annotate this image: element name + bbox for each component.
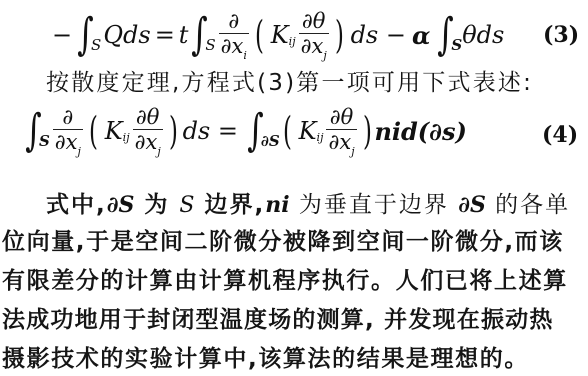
- partial-derivative-xi: ∂ ∂xi: [219, 9, 249, 62]
- partial-theta-xj: ∂θ ∂xj: [326, 105, 356, 158]
- index-j: j: [77, 145, 80, 158]
- index-j: j: [351, 145, 354, 158]
- numerator: ∂: [60, 105, 75, 129]
- integral-domain: S: [205, 36, 215, 54]
- paragraph-line-1: 式中,∂S 为 S 边界,ni 为垂直于边界 ∂S 的各单: [46, 186, 570, 219]
- paragraph-line-4: 法成功地用于封闭型温度场的测算, 并发现在振动热: [2, 301, 554, 334]
- partial-derivative-xj: ∂ ∂xj: [53, 105, 83, 158]
- right-paren: ): [335, 13, 344, 57]
- integral-domain: S: [39, 132, 50, 150]
- equals-sign: =: [155, 21, 175, 49]
- denominator: ∂xi: [219, 33, 249, 62]
- paragraph-line-3: 有限差分的计算由计算机程序执行。人们已将上述算: [2, 262, 568, 295]
- denominator: ∂xj: [326, 129, 356, 158]
- equation-3: − ∫ S Qds = t ∫ S ∂ ∂xi ( K ij ∂θ ∂xj ) …: [52, 8, 504, 62]
- left-paren: (: [89, 109, 98, 153]
- numerator: ∂: [226, 9, 241, 33]
- dx: ∂x: [301, 34, 324, 58]
- index-j: j: [157, 145, 160, 158]
- dx: ∂x: [221, 34, 244, 58]
- text: 式中,: [46, 192, 107, 218]
- text: 边界,: [194, 192, 265, 218]
- index-ij: ij: [123, 131, 130, 144]
- alpha: α: [412, 21, 430, 50]
- t-var: t: [179, 21, 189, 49]
- integral-domain: S: [451, 36, 462, 54]
- integral-domain: S: [91, 36, 101, 54]
- text: 为垂直于边界: [290, 192, 459, 218]
- dx: ∂x: [135, 130, 158, 154]
- boundary-symbol: ∂S: [107, 192, 135, 218]
- paragraph-line-2: 位向量,于是空间二阶微分被降到空间一阶微分,而该: [2, 223, 564, 256]
- denominator: ∂xj: [133, 129, 163, 158]
- dx: ∂x: [55, 130, 78, 154]
- K-coefficient: K: [105, 117, 123, 145]
- left-paren: (: [283, 109, 292, 153]
- right-paren: ): [169, 109, 178, 153]
- K-coefficient: K: [299, 117, 317, 145]
- K-coefficient: K: [271, 21, 289, 49]
- numerator: ∂θ: [328, 105, 356, 129]
- text: 的各单: [486, 192, 570, 218]
- ni-symbol: ni: [265, 192, 289, 218]
- equation-4: ∫ S ∂ ∂xj ( K ij ∂θ ∂xj ) ds = ∫ ∂S ( K …: [22, 100, 467, 162]
- minus-sign: −: [52, 21, 72, 49]
- ds-minus: ds −: [351, 21, 406, 49]
- Q-ds: Qds: [103, 21, 150, 49]
- dx: ∂x: [328, 130, 351, 154]
- ds-equals: ds =: [183, 117, 238, 145]
- numerator: ∂θ: [134, 105, 162, 129]
- partial-theta-xj: ∂θ ∂xj: [299, 9, 329, 62]
- denominator: ∂xj: [53, 129, 83, 158]
- S-symbol: S: [179, 193, 194, 218]
- divergence-theorem-text: 按散度定理,方程式(3)第一项可用下式表述:: [46, 64, 533, 97]
- paragraph-line-5: 摄影技术的实验计算中,该算法的结果是理想的。: [2, 340, 529, 373]
- ni-d-ds: nid(∂s): [374, 117, 466, 146]
- denominator: ∂xj: [299, 33, 329, 62]
- equation-4-label: (4): [542, 122, 578, 148]
- equation-3-label: (3): [543, 22, 579, 48]
- text: 为: [134, 192, 179, 218]
- index-ij: ij: [289, 35, 296, 48]
- index-ij: ij: [317, 131, 324, 144]
- integral-boundary-domain: ∂S: [261, 132, 280, 150]
- right-paren: ): [363, 109, 372, 153]
- index-i: i: [243, 49, 247, 62]
- index-j: j: [323, 49, 326, 62]
- numerator: ∂θ: [300, 9, 328, 33]
- partial-theta-xj: ∂θ ∂xj: [133, 105, 163, 158]
- theta-ds: θds: [462, 21, 504, 49]
- boundary-symbol: ∂S: [458, 192, 486, 218]
- left-paren: (: [255, 13, 264, 57]
